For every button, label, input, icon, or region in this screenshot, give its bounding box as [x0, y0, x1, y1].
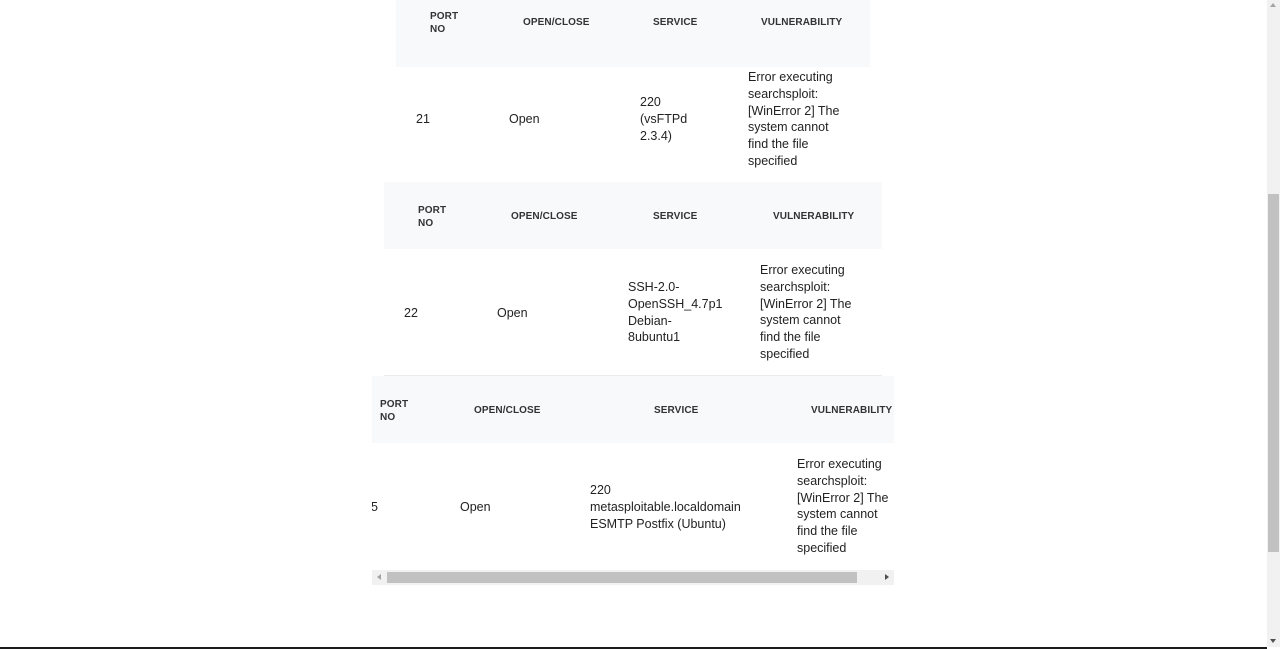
port-table-21: PORT NO OPEN/CLOSE SERVICE VULNERABILITY… [396, 0, 870, 194]
header-open-close: OPEN/CLOSE [523, 16, 590, 29]
header-open-close: OPEN/CLOSE [511, 210, 578, 223]
scroll-down-arrow-icon[interactable] [1270, 639, 1276, 643]
cell-vulnerability: Error executing searchsploit: [WinError … [760, 262, 851, 363]
port-table-25-scroll-container[interactable]: PORT NO OPEN/CLOSE SERVICE VULNERABILITY… [372, 376, 894, 586]
cell-state: Open [460, 499, 491, 516]
table-row: 21 Open 220 (vsFTPd 2.3.4) Error executi… [396, 67, 870, 194]
table-horizontal-scrollbar[interactable] [372, 570, 894, 585]
cell-service: 220 metasploitable.localdomain ESMTP Pos… [590, 482, 741, 532]
cell-port: 21 [416, 111, 430, 128]
page-vertical-scrollbar[interactable] [1267, 0, 1280, 647]
scroll-right-arrow-icon[interactable] [885, 574, 889, 580]
cell-vulnerability: Error executing searchsploit: [WinError … [797, 456, 888, 557]
header-service: SERVICE [653, 16, 697, 29]
header-vulnerability: VULNERABILITY [811, 404, 892, 417]
cell-state: Open [509, 111, 540, 128]
table-row: 22 Open SSH-2.0- OpenSSH_4.7p1 Debian- 8… [384, 249, 882, 376]
header-port-no: PORT NO [418, 204, 446, 230]
page: PORT NO OPEN/CLOSE SERVICE VULNERABILITY… [0, 0, 1267, 649]
horizontal-scroll-thumb[interactable] [387, 572, 857, 583]
vertical-scroll-thumb[interactable] [1268, 194, 1279, 552]
header-service: SERVICE [654, 404, 698, 417]
cell-service: SSH-2.0- OpenSSH_4.7p1 Debian- 8ubuntu1 [628, 279, 723, 346]
port-table-22: PORT NO OPEN/CLOSE SERVICE VULNERABILITY… [384, 182, 882, 376]
cell-vulnerability: Error executing searchsploit: [WinError … [748, 69, 839, 170]
cell-state: Open [497, 305, 528, 322]
header-vulnerability: VULNERABILITY [761, 16, 842, 29]
table-header: PORT NO OPEN/CLOSE SERVICE VULNERABILITY [396, 0, 870, 67]
header-vulnerability: VULNERABILITY [773, 210, 854, 223]
scroll-left-arrow-icon[interactable] [377, 574, 381, 580]
header-service: SERVICE [653, 210, 697, 223]
header-port-no: PORT NO [380, 398, 408, 424]
table-row: 25 Open 220 metasploitable.localdomain E… [372, 443, 894, 569]
scroll-up-arrow-icon[interactable] [1270, 3, 1276, 7]
table-header: PORT NO OPEN/CLOSE SERVICE VULNERABILITY [384, 182, 882, 249]
header-open-close: OPEN/CLOSE [474, 404, 541, 417]
table-header: PORT NO OPEN/CLOSE SERVICE VULNERABILITY [372, 376, 894, 443]
cell-port: 25 [372, 499, 378, 516]
header-port-no: PORT NO [430, 10, 458, 36]
cell-port: 22 [404, 305, 418, 322]
cell-service: 220 (vsFTPd 2.3.4) [640, 94, 687, 144]
